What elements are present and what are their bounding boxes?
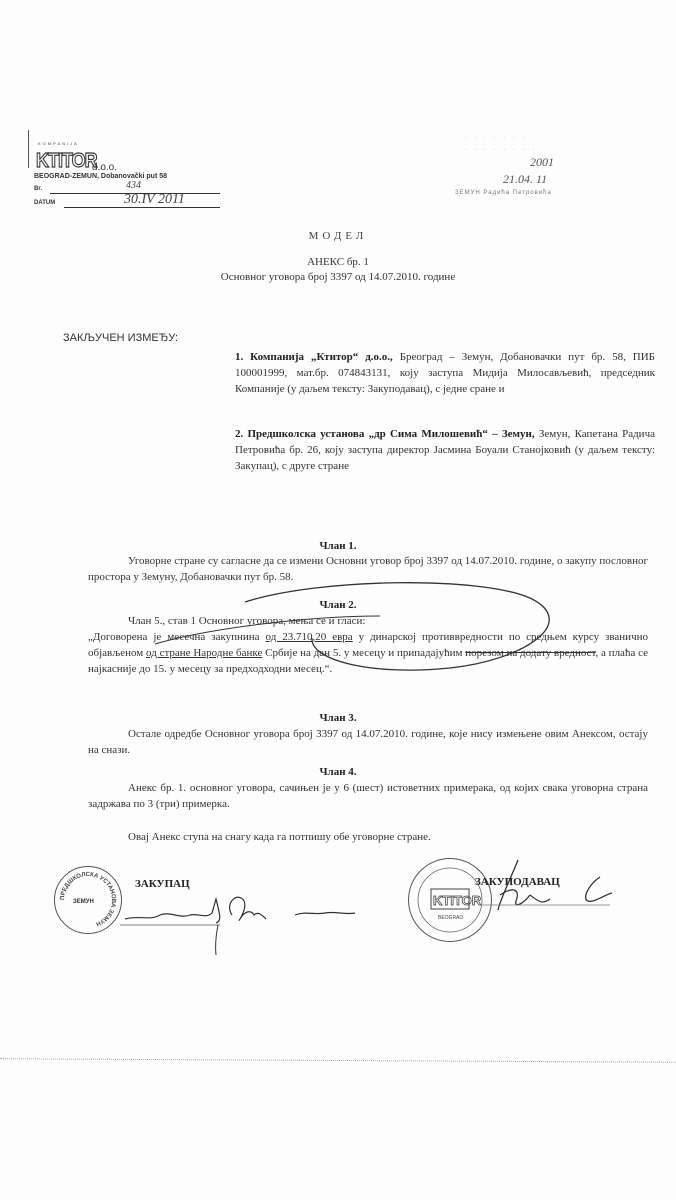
rent-amount: од 23.710,20 евра bbox=[266, 631, 353, 643]
article-2-quote: „Договорена је месечна закупнина од 23.7… bbox=[88, 629, 648, 677]
company-stamp-top-left: KOMPANIJA KTITOR d.o.o. BEOGRAD-ZEMUN, D… bbox=[28, 130, 228, 210]
registry-stamp-top-right: · · · · · · · · · · · · · · · · · 2001 2… bbox=[455, 135, 645, 205]
svg-text:KTITOR: KTITOR bbox=[433, 893, 482, 908]
svg-text:BEOGRAD: BEOGRAD bbox=[438, 915, 463, 921]
quote-part: „Договорена је месечна закупнина bbox=[88, 631, 266, 643]
tenant-stamp-ring-text: ПРЕДШКОЛСКА УСТАНОВА ЗЕМУН ЗЕМУН bbox=[55, 867, 121, 933]
stamp-kompanija-text: KOMPANIJA bbox=[38, 141, 79, 146]
article-3-body: Остале одредбе Основног уговора број 339… bbox=[88, 726, 648, 758]
party-1-name: 1. Компанија „Ктитор“ д.о.о., bbox=[235, 351, 393, 363]
party-2-name: 2. Предшколска установа „др Сима Милошев… bbox=[235, 428, 535, 440]
stamp-doo: d.o.o. bbox=[92, 162, 117, 173]
ktitor-logo: KTITOR bbox=[36, 148, 97, 172]
margin-mark bbox=[28, 130, 29, 168]
registry-faint-address: ЗЕМУН Радића Петровића bbox=[455, 190, 552, 196]
stamp-datum-value: 30.IV 2011 bbox=[124, 192, 185, 208]
article-4-text: Анекс бр. 1. основног уговора, сачињен ј… bbox=[88, 780, 648, 812]
faint-stamp-line: · · · · · · · · bbox=[455, 135, 528, 141]
article-1-heading: Члан 1. bbox=[0, 540, 676, 552]
article-2-text: Члан 5., став 1 Основног уговора, мења с… bbox=[88, 613, 648, 677]
quote-part: Србије на дан 5. у месецу и припадајућим bbox=[262, 647, 465, 659]
svg-text:ЗЕМУН: ЗЕМУН bbox=[73, 899, 94, 905]
closing-clause: Овај Анекс ступа на снагу када га потпиш… bbox=[128, 829, 431, 845]
stamp-br-value: 434 bbox=[126, 180, 141, 191]
stamp-datum-label: DATUM bbox=[34, 200, 55, 206]
tenant-round-stamp: ПРЕДШКОЛСКА УСТАНОВА ЗЕМУН ЗЕМУН bbox=[54, 866, 122, 934]
stamp-address: BEOGRAD-ZEMUN, Dobanovački put 58 bbox=[34, 173, 167, 180]
article-4-heading: Члан 4. bbox=[0, 766, 676, 778]
stamp-br-label: Br. bbox=[34, 186, 42, 192]
parties-label: ЗАКЉУЧЕН ИЗМЕЂУ: bbox=[63, 332, 178, 344]
registry-number: 2001 bbox=[530, 155, 554, 170]
doc-subtitle: Основног уговора број 3397 од 14.07.2010… bbox=[0, 271, 676, 283]
article-2-heading: Члан 2. bbox=[0, 599, 676, 611]
party-2: 2. Предшколска установа „др Сима Милошев… bbox=[235, 426, 655, 474]
article-3-heading: Члан 3. bbox=[0, 712, 676, 724]
landlord-signature bbox=[480, 855, 660, 925]
scan-artifact-line bbox=[0, 1058, 676, 1064]
registry-date: 21.04. 11 bbox=[503, 172, 547, 187]
doc-title: АНЕКС бр. 1 bbox=[0, 256, 676, 268]
article-3-text: Остале одредбе Основног уговора број 339… bbox=[88, 726, 648, 758]
doc-model-label: МОДЕЛ bbox=[0, 230, 676, 242]
quote-part-underlined: од стране Народне банке bbox=[146, 647, 262, 659]
tenant-signature bbox=[120, 885, 360, 955]
party-1: 1. Компанија „Ктитор“ д.о.о., Бреоград –… bbox=[235, 349, 655, 397]
landlord-stamp-graphic: KTITOR BEOGRAD bbox=[409, 859, 491, 941]
article-4-body: Анекс бр. 1. основног уговора, сачињен ј… bbox=[88, 780, 648, 812]
struck-vat-text: порезом на додату вредност bbox=[465, 647, 595, 659]
faint-stamp-line: · · · · · · · · · bbox=[455, 147, 537, 153]
article-2-intro: Члан 5., став 1 Основног уговора, мења с… bbox=[88, 613, 648, 629]
